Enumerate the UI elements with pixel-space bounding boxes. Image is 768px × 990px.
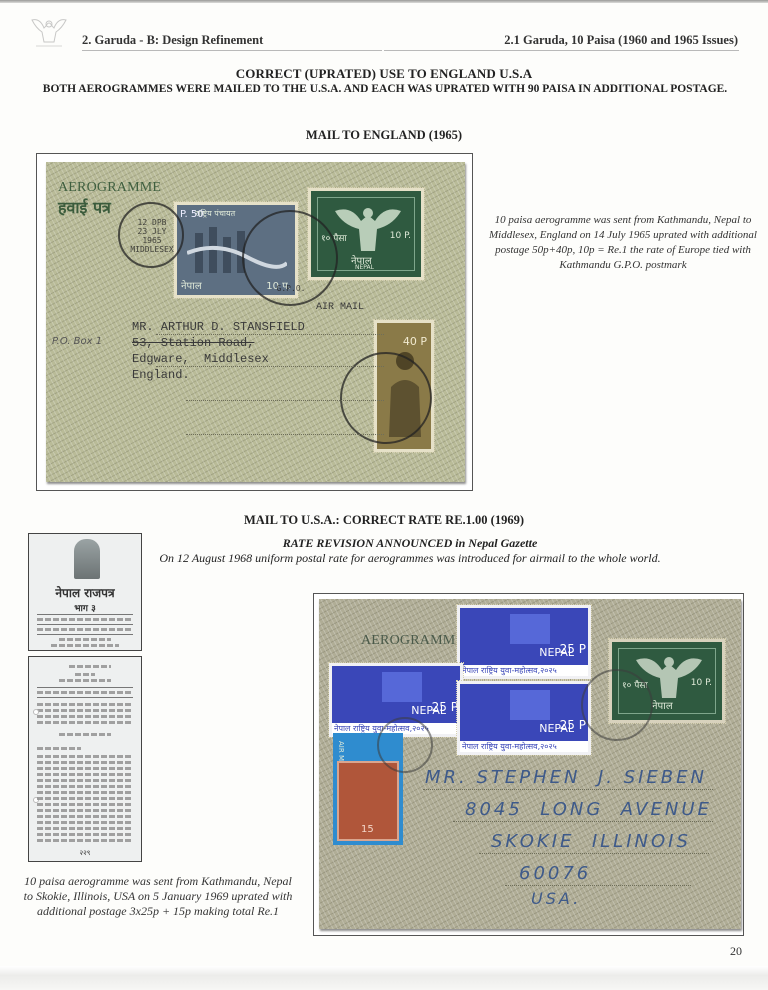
rate-revision-body: On 12 August 1968 uniform postal rate fo… xyxy=(135,551,685,565)
page-title: CORRECT (UPRATED) USE TO ENGLAND U.S.A xyxy=(0,66,768,82)
header-rule xyxy=(82,50,382,51)
header-subsection-title: 2.1 Garuda, 10 Paisa (1960 and 1965 Issu… xyxy=(504,33,738,48)
pencil-note: P.O. Box 1 xyxy=(52,336,102,347)
section-heading-usa: MAIL TO U.S.A.: CORRECT RATE RE.1.00 (19… xyxy=(0,513,768,528)
postmark-kathmandu: G.P.O. xyxy=(242,210,338,306)
scan-edge xyxy=(0,966,768,990)
postmark-kathmandu-2 xyxy=(377,717,433,773)
temple-icon xyxy=(74,539,100,579)
gazette-page-number: २२९ xyxy=(29,849,141,858)
aerogramme-usa: AEROGRAMME NEPAL 25 P नेपाल राष्ट्रिय यु… xyxy=(319,599,741,929)
header-section-title: 2. Garuda - B: Design Refinement xyxy=(82,33,263,48)
header-rule xyxy=(384,50,739,51)
address-line: MR. STEPHEN J. SIEBEN xyxy=(425,767,707,788)
address-line: MR. ARTHUR D. STANSFIELD xyxy=(132,320,305,334)
page-subtitle: BOTH AEROGRAMMES WERE MAILED TO THE U.S.… xyxy=(40,82,730,97)
punch-hole xyxy=(33,709,39,715)
aerogramme-england: AEROGRAMME हवाई पत्र राष्ट्रिय पंचायत P.… xyxy=(46,162,465,482)
aerogramme-label: AEROGRAMME xyxy=(58,180,161,196)
section-heading-england: MAIL TO ENGLAND (1965) xyxy=(0,128,768,143)
air-mail-label: AIR MAIL xyxy=(316,302,364,313)
gazette-page: २२९ xyxy=(28,656,142,862)
gazette-part: भाग ३ xyxy=(29,601,141,614)
address-line: Edgware, Middlesex xyxy=(132,352,269,366)
aerogramme-usa-frame: AEROGRAMME NEPAL 25 P नेपाल राष्ट्रिय यु… xyxy=(313,593,744,936)
address-line: USA. xyxy=(531,889,581,908)
youth-festival-stamp: NEPAL 25 P नेपाल राष्ट्रिय युवा-महोत्सव,… xyxy=(457,605,591,679)
address-line: 60076 xyxy=(519,863,591,884)
address-line: 8045 LONG AVENUE xyxy=(465,799,712,820)
gazette-title: नेपाल राजपत्र xyxy=(29,584,141,601)
usa-caption: 10 paisa aerogramme was sent from Kathma… xyxy=(18,874,298,919)
postmark-kathmandu xyxy=(581,669,653,741)
page-number: 20 xyxy=(730,944,742,959)
gazette-cover: नेपाल राजपत्र भाग ३ xyxy=(28,533,142,651)
aerogramme-label: AEROGRAMME xyxy=(361,633,464,649)
address-line: SKOKIE ILLINOIS xyxy=(491,831,691,852)
rate-revision-title: RATE REVISION ANNOUNCED in Nepal Gazette xyxy=(120,536,700,551)
aerogramme-label-hindi: हवाई पत्र xyxy=(58,196,111,218)
aerogramme-england-frame: AEROGRAMME हवाई पत्र राष्ट्रिय पंचायत P.… xyxy=(36,153,473,491)
scan-edge xyxy=(0,0,768,3)
address-line-struck: 53, Station Road, xyxy=(132,336,254,350)
address-line: England. xyxy=(132,368,190,382)
england-caption: 10 paisa aerogramme was sent from Kathma… xyxy=(486,213,760,273)
youth-festival-stamp: NEPAL 25 P नेपाल राष्ट्रिय युवा-महोत्सव,… xyxy=(457,681,591,755)
postmark-middlesex: 12 DPB 23 JLY 1965 MIDDLESEX xyxy=(118,202,184,268)
garuda-logo-icon xyxy=(30,14,68,48)
garuda-icon xyxy=(333,199,403,259)
